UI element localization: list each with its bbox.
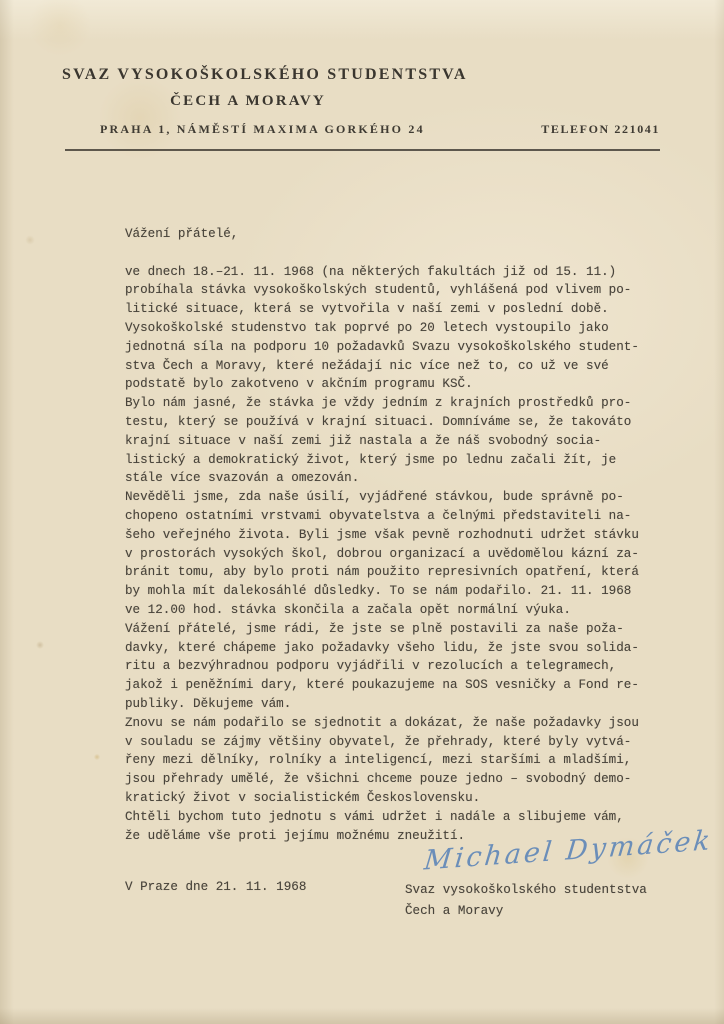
- letter-line: Znovu se nám podařilo se sjednotit a dok…: [125, 714, 665, 733]
- signature-org-block: Svaz vysokoškolského studentstva Čech a …: [405, 880, 647, 921]
- letter-body: Vážení přátelé, ve dnech 18.–21. 11. 196…: [125, 225, 665, 845]
- letter-line: kratický život v socialistickém Českoslo…: [125, 789, 665, 808]
- letter-page: SVAZ VYSOKOŠKOLSKÉHO STUDENTSTVA ČECH A …: [0, 0, 724, 1024]
- letter-line: Bylo nám jasné, že stávka je vždy jedním…: [125, 394, 665, 413]
- letter-line: jednotná síla na podporu 10 požadavků Sv…: [125, 338, 665, 357]
- letterhead-org-name: SVAZ VYSOKOŠKOLSKÉHO STUDENTSTVA: [62, 66, 442, 84]
- letter-paragraph-lines: ve dnech 18.–21. 11. 1968 (na některých …: [125, 263, 665, 846]
- letter-line: stále více svazován a omezován.: [125, 469, 665, 488]
- letter-line: stva Čech a Moravy, které nežádají nic v…: [125, 357, 665, 376]
- letter-line: v souladu se zájmy většiny obyvatel, že …: [125, 733, 665, 752]
- letter-line: jsou přehrady umělé, že všichni chceme p…: [125, 770, 665, 789]
- letter-line: v prostorách vysokých škol, dobrou organ…: [125, 545, 665, 564]
- date-place-line: V Praze dne 21. 11. 1968: [125, 880, 306, 894]
- signature-org-line1: Svaz vysokoškolského studentstva: [405, 880, 647, 901]
- letter-line: testu, který se používá v krajní situaci…: [125, 413, 665, 432]
- letter-line: krajní situace v naší zemi již nastala a…: [125, 432, 665, 451]
- letter-line: šeho veřejného života. Byli jsme však pe…: [125, 526, 665, 545]
- letter-line: listický a demokratický život, který jsm…: [125, 451, 665, 470]
- signature-org-line2: Čech a Moravy: [405, 901, 647, 922]
- letter-line: Vysokoškolské studenstvo tak poprvé po 2…: [125, 319, 665, 338]
- letter-line: probíhala stávka vysokoškolských student…: [125, 281, 665, 300]
- salutation: Vážení přátelé,: [125, 225, 665, 244]
- letter-line: by mohla mít dalekosáhlé důsledky. To se…: [125, 582, 665, 601]
- letter-line: ritu a bezvýhradnou podporu vyjádřili v …: [125, 657, 665, 676]
- letter-line: Nevěděli jsme, zda naše úsilí, vyjádřené…: [125, 488, 665, 507]
- letter-line: ve 12.00 hod. stávka skončila a začala o…: [125, 601, 665, 620]
- letter-line: řeny mezi dělníky, rolníky a inteligencí…: [125, 751, 665, 770]
- letter-line: ve dnech 18.–21. 11. 1968 (na některých …: [125, 263, 665, 282]
- letterhead-address: PRAHA 1, NÁMĚSTÍ MAXIMA GORKÉHO 24: [100, 122, 425, 137]
- letterhead-org-region: ČECH A MORAVY: [62, 93, 434, 110]
- letter-line: Vážení přátelé, jsme rádi, že jste se pl…: [125, 620, 665, 639]
- letter-line: bránit tomu, aby bylo proti nám použito …: [125, 563, 665, 582]
- letter-line: litické situace, která se vytvořila v na…: [125, 300, 665, 319]
- letter-line: podstatě bylo zakotveno v akčním program…: [125, 375, 665, 394]
- letter-line: chopeno ostatními vrstvami obyvatelstva …: [125, 507, 665, 526]
- letter-line: davky, které chápeme jako požadavky všeh…: [125, 639, 665, 658]
- letterhead-phone: TELEFON 221041: [541, 122, 660, 137]
- letter-line: jakož i peněžními dary, které poukazujem…: [125, 676, 665, 695]
- letterhead-divider: [65, 149, 660, 151]
- letter-line: publiky. Děkujeme vám.: [125, 695, 665, 714]
- letter-line: Chtěli bychom tuto jednotu s vámi udržet…: [125, 808, 665, 827]
